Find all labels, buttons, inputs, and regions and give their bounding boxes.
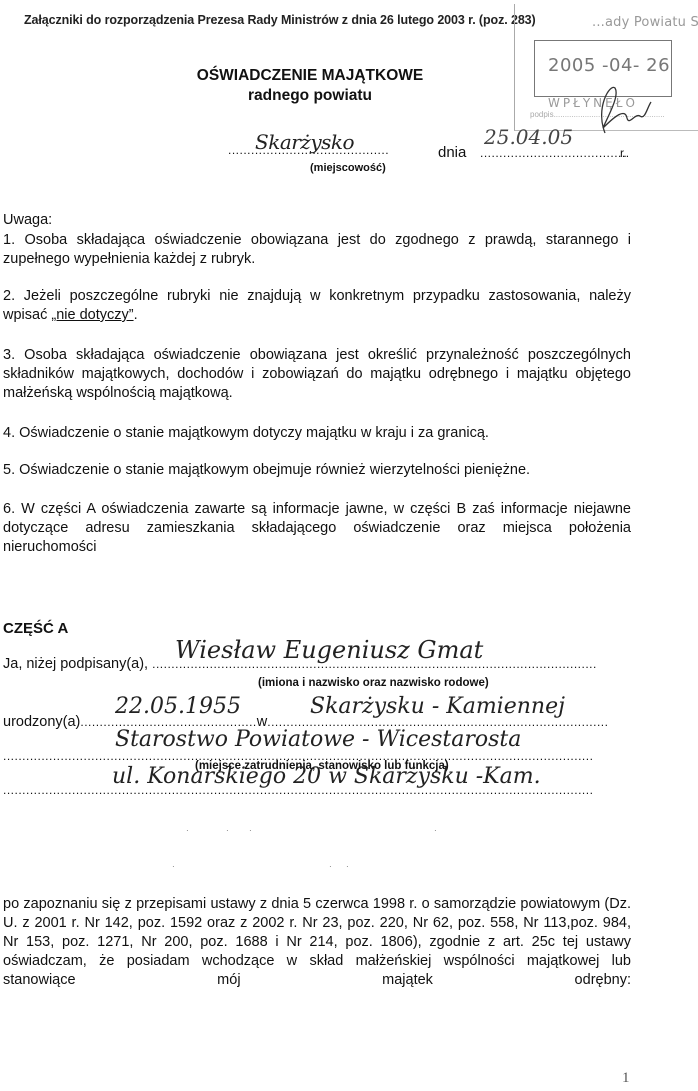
note-item-6: 6. W części A oświadczenia zawarte są in… — [3, 500, 631, 557]
birth-place-handwritten: Skarżysku - Kamiennej — [310, 694, 565, 719]
place-handwritten: Skarżysko — [255, 130, 354, 154]
scan-speck: · — [346, 862, 349, 871]
note-item-5: 5. Oświadczenie o stanie majątkowym obej… — [3, 461, 631, 480]
signatory-label: Ja, niżej podpisany(a), — [3, 656, 148, 672]
date-handwritten: 25.04.05 — [484, 125, 573, 149]
name-caption: (imiona i nazwisko oraz nazwisko rodowe) — [258, 677, 489, 689]
note-item-1: 1. Osoba składająca oświadczenie obowiąz… — [3, 231, 631, 269]
stamp-signature-label: podpis — [530, 110, 554, 119]
page-number: 1 — [622, 1070, 630, 1087]
scan-speck: · — [172, 862, 175, 871]
note-item-4: 4. Oświadczenie o stanie majątkowym doty… — [3, 424, 631, 443]
scan-speck: · — [226, 826, 229, 835]
stamp-office: ...ady Powiatu Skarżyskiego — [592, 15, 698, 30]
note-item-2-end: . — [134, 307, 138, 323]
scan-speck: · — [186, 826, 189, 835]
employment-handwritten: Starostwo Powiatowe - Wicestarosta — [115, 727, 521, 752]
regulation-header: Załączniki do rozporządzenia Prezesa Rad… — [24, 13, 536, 27]
not-applicable-phrase: „nie dotyczy” — [51, 307, 133, 323]
signatory-name-handwritten: Wiesław Eugeniusz Gmat — [175, 636, 483, 664]
address-handwritten: ul. Konarskiego 20 w Skarżysku -Kam. — [112, 764, 541, 789]
document-title: OŚWIADCZENIE MAJĄTKOWE — [0, 67, 620, 85]
date-label: dnia — [438, 144, 466, 161]
scan-speck: · — [249, 826, 252, 835]
document-subtitle: radnego powiatu — [0, 87, 620, 105]
scan-speck: · — [434, 826, 437, 835]
note-item-2: 2. Jeżeli poszczególne rubryki nie znajd… — [3, 287, 631, 325]
scan-speck: · — [329, 862, 332, 871]
year-suffix: r. — [620, 146, 627, 160]
born-label: urodzony(a) — [3, 714, 80, 730]
part-a-heading: CZĘŚĆ A — [3, 620, 68, 637]
birth-date-handwritten: 22.05.1955 — [115, 694, 241, 719]
notes-heading: Uwaga: — [3, 212, 52, 228]
note-item-3: 3. Osoba składająca oświadczenie obowiąz… — [3, 346, 631, 403]
place-caption: (miejscowość) — [310, 162, 386, 174]
declaration-text: po zapoznaniu się z przepisami ustawy z … — [3, 895, 631, 990]
